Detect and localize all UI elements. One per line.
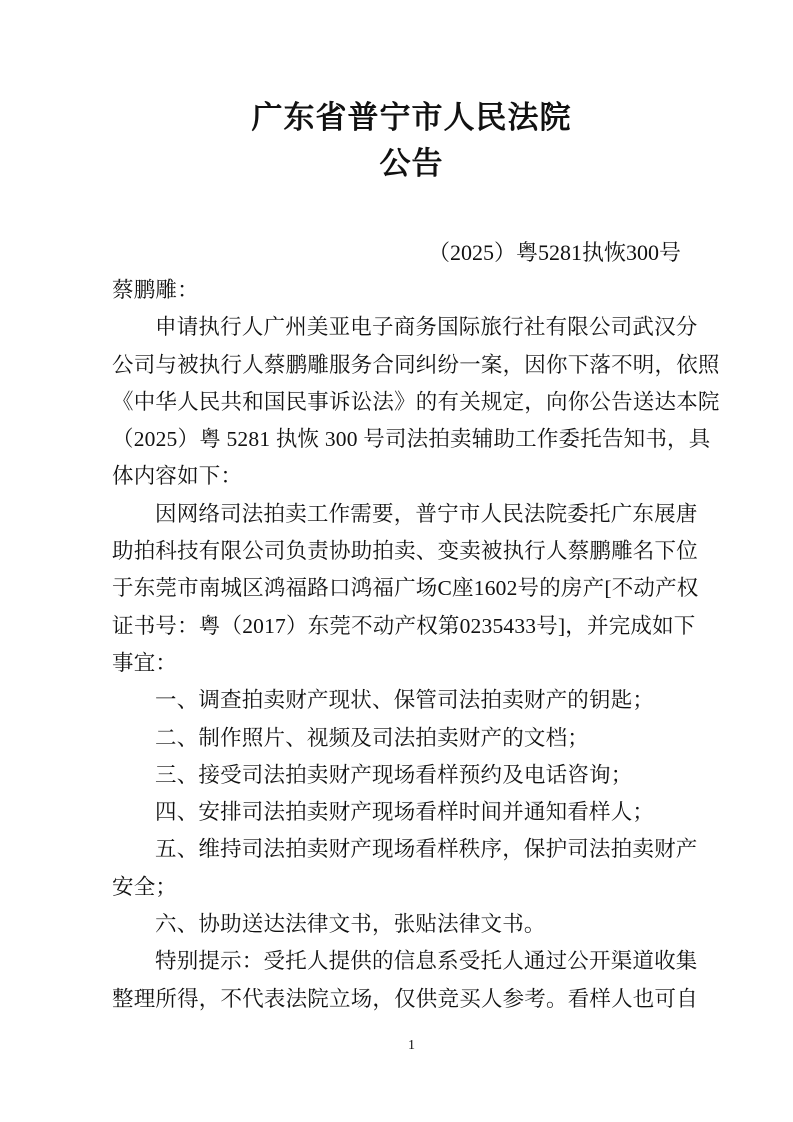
body-line-item-5: 五、维持司法拍卖财产现场看样秩序，保护司法拍卖财产 bbox=[112, 831, 711, 868]
body-line: 证书号：粤（2017）东莞不动产权第0235433号]，并完成如下 bbox=[112, 608, 711, 645]
body-line: 申请执行人广州美亚电子商务国际旅行社有限公司武汉分 bbox=[112, 309, 711, 346]
body-line: 体内容如下： bbox=[112, 458, 711, 495]
body-line: 公司与被执行人蔡鹏雕服务合同纠纷一案，因你下落不明，依照 bbox=[112, 347, 711, 384]
body-line: 事宜： bbox=[112, 645, 711, 682]
document-content: 广东省普宁市人民法院 公告 （2025）粤5281执恢300号 蔡鹏雕： 申请执… bbox=[0, 0, 793, 1018]
body-line: 助拍科技有限公司负责协助拍卖、变卖被执行人蔡鹏雕名下位 bbox=[112, 533, 711, 570]
body-line-item-4: 四、安排司法拍卖财产现场看样时间并通知看样人； bbox=[112, 794, 711, 831]
body-line: （2025）粤 5281 执恢 300 号司法拍卖辅助工作委托告知书，具 bbox=[112, 421, 711, 458]
case-number: （2025）粤5281执恢300号 bbox=[112, 234, 711, 272]
court-name-title: 广东省普宁市人民法院 bbox=[112, 0, 711, 138]
document-page: 广东省普宁市人民法院 公告 （2025）粤5281执恢300号 蔡鹏雕： 申请执… bbox=[0, 0, 793, 1122]
page-number: 1 bbox=[112, 1036, 711, 1056]
body-line-item-6: 六、协助送达法律文书，张贴法律文书。 bbox=[112, 906, 711, 943]
body-line-special-note: 特别提示：受托人提供的信息系受托人通过公开渠道收集 bbox=[112, 943, 711, 980]
body-line: 于东莞市南城区鸿福路口鸿福广场C座1602号的房产[不动产权 bbox=[112, 570, 711, 607]
doc-type-title: 公告 bbox=[112, 144, 711, 184]
body-line-item-3: 三、接受司法拍卖财产现场看样预约及电话咨询； bbox=[112, 757, 711, 794]
body-line-item-1: 一、调查拍卖财产现状、保管司法拍卖财产的钥匙； bbox=[112, 682, 711, 719]
addressee: 蔡鹏雕： bbox=[112, 272, 711, 309]
body-line: 整理所得，不代表法院立场，仅供竞买人参考。看样人也可自 bbox=[112, 981, 711, 1018]
body-line: 《中华人民共和国民事诉讼法》的有关规定，向你公告送达本院 bbox=[112, 384, 711, 421]
body-line: 安全； bbox=[112, 869, 711, 906]
body-line: 因网络司法拍卖工作需要，普宁市人民法院委托广东展唐 bbox=[112, 496, 711, 533]
body-line-item-2: 二、制作照片、视频及司法拍卖财产的文档； bbox=[112, 720, 711, 757]
